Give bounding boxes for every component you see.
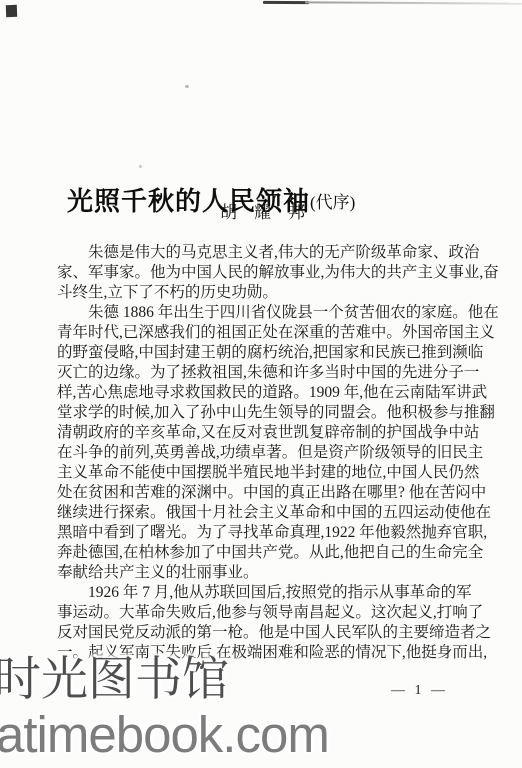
watermark-site-text: atimebook.com [0,706,329,764]
body-line: 反对国民党反动派的第一枪。他是中国人民军队的主要缔造者之 [57,623,468,643]
body-line: 朱德 1886 年出生于四川省仪陇县一个贫苦佃农的家庭。他在 [57,303,468,323]
author-name: 胡 耀 邦 [57,203,468,223]
scan-artifact-corner-mark [6,5,17,17]
body-line: 清朝政府的辛亥革命,又在反对袁世凯复辟帝制的护国战争中站 [57,423,468,443]
body-line: 处在贫困和苦难的深渊中。中国的真正出路在哪里? 他在苦闷中 [57,483,468,503]
body-line: 1926 年 7 月,他从苏联回国后,按照党的指示从事革命的军 [57,583,468,603]
body-line: 事运动。大革命失败后,他参与领导南昌起义。这次起义,打响了 [57,603,468,623]
body-line: 朱德是伟大的马克思主义者,伟大的无产阶级革命家、政治 [57,243,468,263]
body-line: 黑暗中看到了曙光。为了寻找革命真理,1922 年他毅然抛弃官职, [57,523,468,543]
body-line: 灭亡的边缘。为了拯救祖国,朱德和许多当时中国的先进分子一 [57,363,468,383]
body-line: 家、军事家。他为中国人民的解放事业,为伟大的共产主义事业,奋 [57,263,468,283]
scanned-book-page: 光照千秋的人民领袖(代序) 胡 耀 邦 朱德是伟大的马克思主义者,伟大的无产阶级… [0,0,522,768]
body-line: 继续进行探索。俄国十月社会主义革命和中国的五四运动使他在 [57,503,468,523]
body-line: 青年时代,已深感我们的祖国正处在深重的苦难中。外国帝国主义 [57,323,468,343]
body-line: 奉献给共产主义的壮丽事业。 [57,563,468,583]
scan-artifact-line-dark [263,1,309,4]
page-number: — 1 — [391,683,448,699]
watermark-library-text: 时光图书馆 [0,655,229,705]
body-line: 的野蛮侵略,中国封建王朝的腐朽统治,把国家和民族已推到濒临 [57,343,468,363]
scan-speck [185,85,189,88]
scan-speck [139,165,142,168]
body-line: 在斗争的前列,英勇善战,功绩卓著。但是资产阶级领导的旧民主 [57,443,468,463]
body-line: 斗终生,立下了不朽的历史功勋。 [57,283,468,303]
scan-artifact-line-light [305,1,522,4]
body-line: 主义革命不能使中国摆脱半殖民地半封建的地位,中国人民仍然 [57,463,468,483]
body-line: 堂求学的时候,加入了孙中山先生领导的同盟会。他积极参与推翻 [57,403,468,423]
body-line: 样,苦心焦虑地寻求救国救民的道路。1909 年,他在云南陆军讲武 [57,383,468,403]
body-line: 奔赴德国,在柏林参加了中国共产党。从此,他把自己的生命完全 [57,543,468,563]
body-text: 朱德是伟大的马克思主义者,伟大的无产阶级革命家、政治家、军事家。他为中国人民的解… [57,243,468,663]
